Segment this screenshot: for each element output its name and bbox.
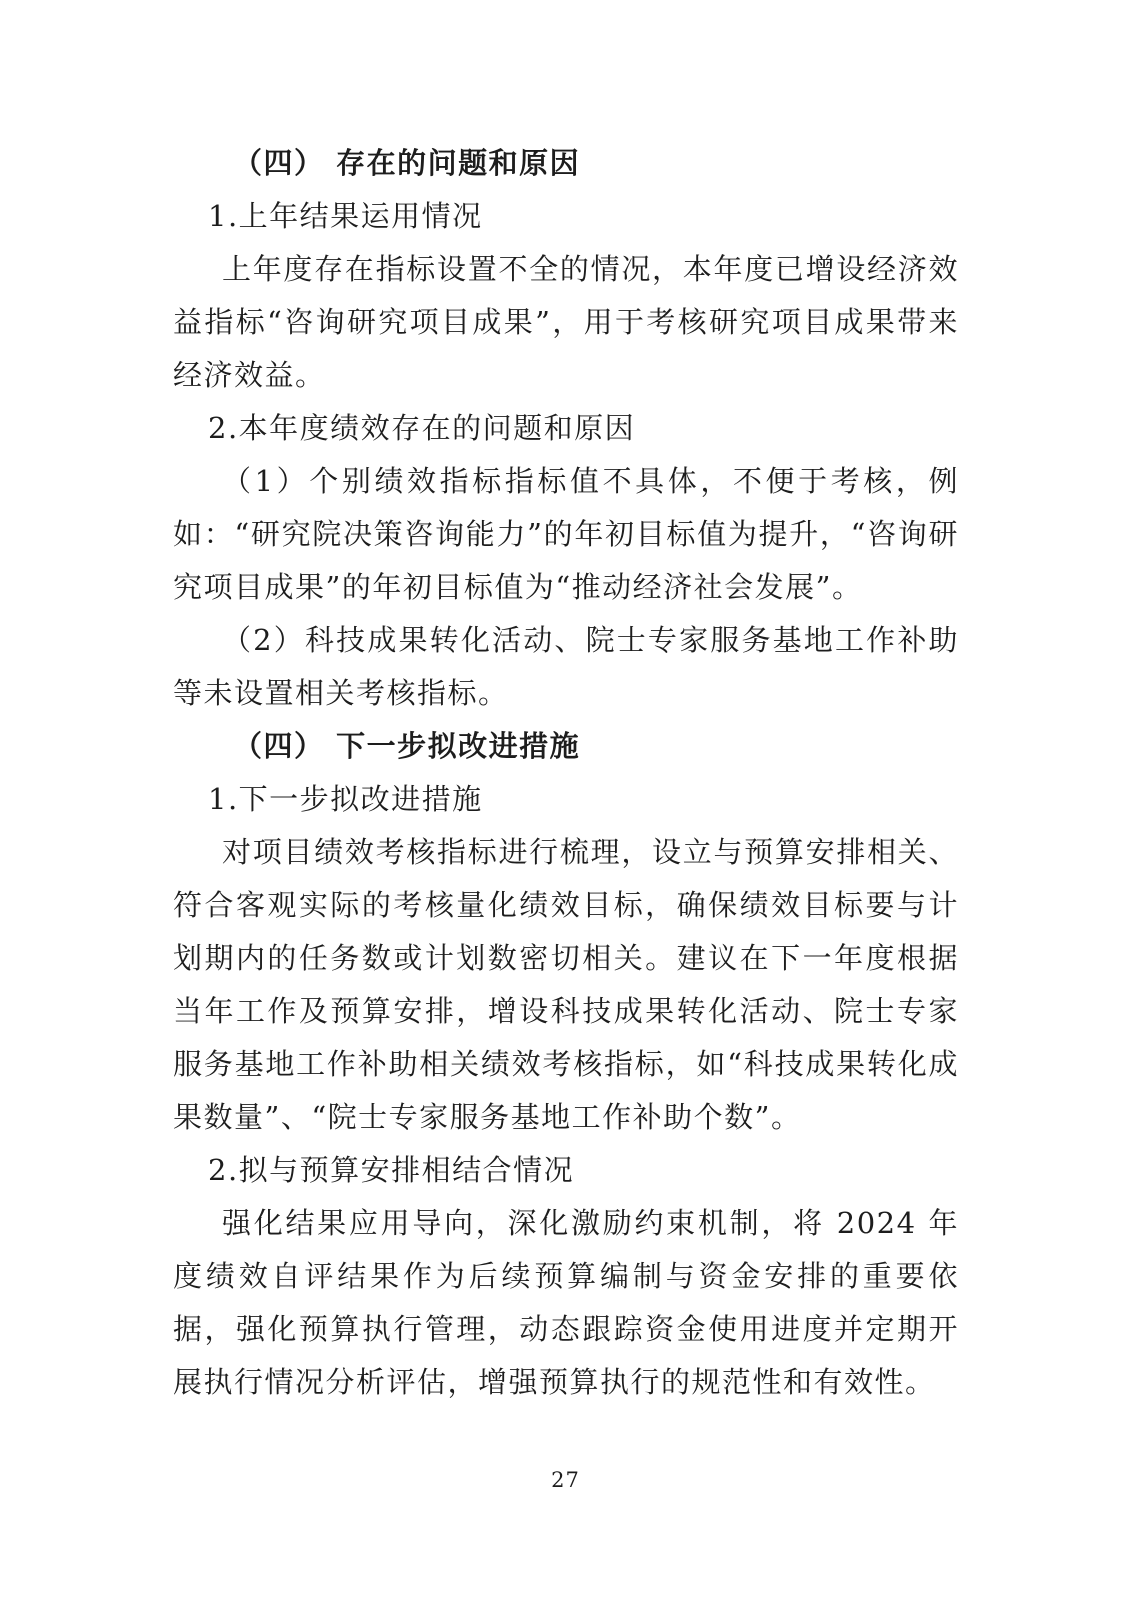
subheading-current-year-issues: 2.本年度绩效存在的问题和原因 [173, 402, 959, 455]
paragraph-improvement-measures: 对项目绩效考核指标进行梳理，设立与预算安排相关、符合客观实际的考核量化绩效目标，… [173, 826, 959, 1144]
subheading-budget-combination: 2.拟与预算安排相结合情况 [173, 1144, 959, 1197]
document-page: （四） 存在的问题和原因 1.上年结果运用情况 上年度存在指标设置不全的情况，本… [0, 0, 1131, 1600]
paragraph-prior-year-results: 上年度存在指标设置不全的情况，本年度已增设经济效益指标“咨询研究项目成果”，用于… [173, 243, 959, 402]
page-number: 27 [0, 1468, 1131, 1492]
section-heading-problems: （四） 存在的问题和原因 [173, 137, 959, 190]
subheading-improvement-measures: 1.下一步拟改进措施 [173, 773, 959, 826]
section-heading-improvements: （四） 下一步拟改进措施 [173, 720, 959, 773]
paragraph-issue-1: （1）个别绩效指标指标值不具体，不便于考核，例如：“研究院决策咨询能力”的年初目… [173, 455, 959, 614]
paragraph-issue-2: （2）科技成果转化活动、院士专家服务基地工作补助等未设置相关考核指标。 [173, 614, 959, 720]
document-content: （四） 存在的问题和原因 1.上年结果运用情况 上年度存在指标设置不全的情况，本… [173, 137, 959, 1409]
subheading-prior-year-results: 1.上年结果运用情况 [173, 190, 959, 243]
paragraph-budget-combination: 强化结果应用导向，深化激励约束机制，将 2024 年度绩效自评结果作为后续预算编… [173, 1197, 959, 1409]
